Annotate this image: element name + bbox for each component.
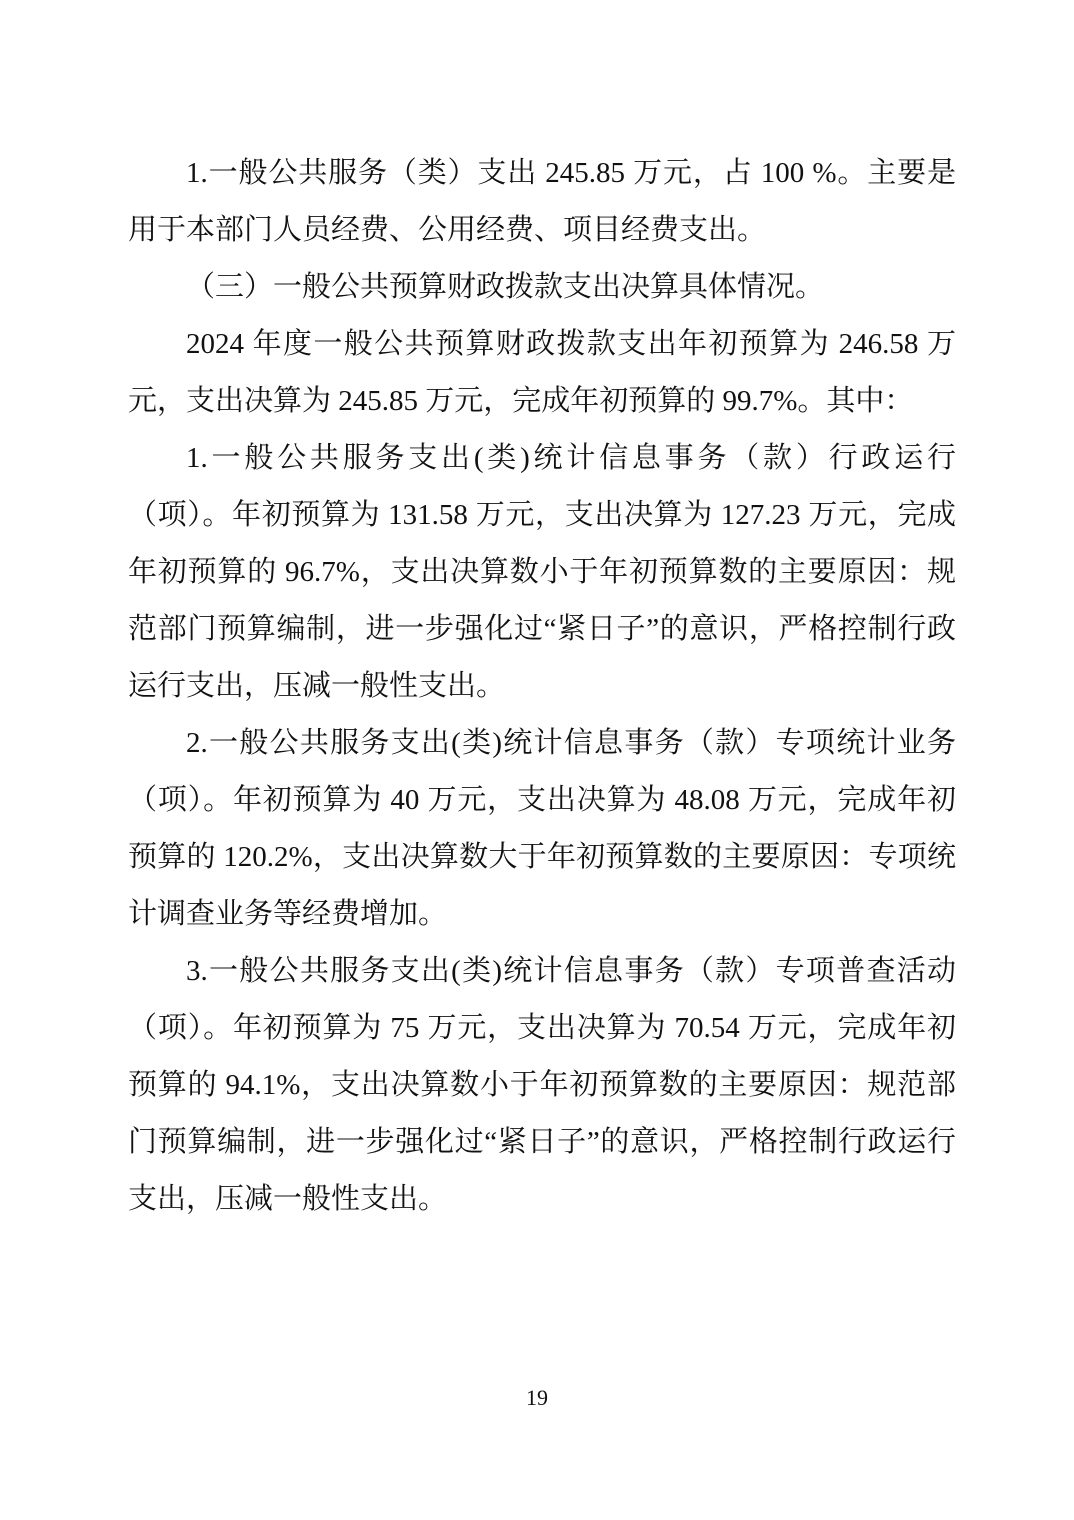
paragraph-item-2-special-statistics: 2.一般公共服务支出(类)统计信息事务（款）专项统计业务（项）。年初预算为 40…: [128, 715, 956, 943]
page-number: 19: [0, 1384, 1074, 1412]
paragraph-expense-summary: 1.一般公共服务（类）支出 245.85 万元，占 100 %。主要是用于本部门…: [128, 145, 956, 259]
document-body: 1.一般公共服务（类）支出 245.85 万元，占 100 %。主要是用于本部门…: [128, 145, 956, 1228]
paragraph-item-1-administrative-operation: 1.一般公共服务支出(类)统计信息事务（款）行政运行（项）。年初预算为 131.…: [128, 430, 956, 715]
paragraph-section-heading: （三）一般公共预算财政拨款支出决算具体情况。: [128, 259, 956, 316]
paragraph-budget-overview: 2024 年度一般公共预算财政拨款支出年初预算为 246.58 万元，支出决算为…: [128, 316, 956, 430]
paragraph-item-3-census-activities: 3.一般公共服务支出(类)统计信息事务（款）专项普查活动（项）。年初预算为 75…: [128, 943, 956, 1228]
document-page: 1.一般公共服务（类）支出 245.85 万元，占 100 %。主要是用于本部门…: [0, 0, 1074, 1520]
